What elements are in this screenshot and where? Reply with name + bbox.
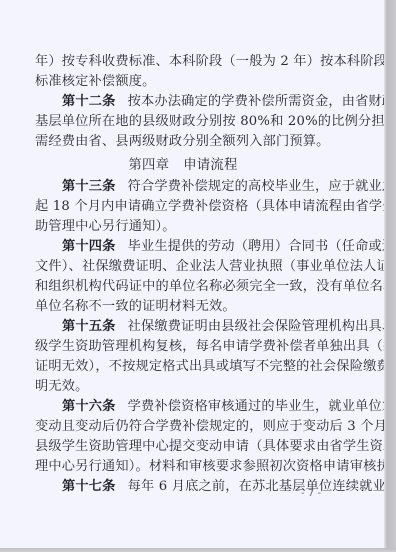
text-line: 基层单位所在地的县级财政分别按 80%和 20%的比例分担，所 [35, 112, 331, 132]
article-text: 学费补偿资格审核通过的毕业生，就业单位发生 [128, 399, 396, 414]
page-number: - 7 - [296, 488, 326, 499]
article-15: 第十五条社保缴费证明由县级社会保险管理机构出具、县 [35, 317, 331, 337]
text-line: 起 18 个月内申请确立学费补偿资格（具体申请流程由省学生资 [35, 197, 331, 217]
article-17: 第十七条每年 6 月底之前，在苏北基层单位连续就业期满 [35, 477, 331, 497]
text-line: 县级学生资助管理中心提交变动申请（具体要求由省学生资助管 [35, 437, 331, 457]
article-label: 第十六条 [62, 399, 116, 414]
article-label: 第十三条 [62, 179, 116, 194]
text-line: 理中心另行通知）。材料和审核要求参照初次资格申请审核执行。 [35, 457, 331, 477]
chapter-number: 第四章 [128, 158, 169, 173]
text-line: 级学生资助管理机构复核，每名申请学费补偿者单独出具（批量 [35, 337, 331, 357]
text-line: 单位名称不一致的证明材料无效。 [35, 297, 331, 317]
article-12: 第十二条按本办法确定的学费补偿所需资金，由省财政和 [35, 92, 331, 112]
article-label: 第十四条 [62, 239, 116, 254]
text-line: 明无效。 [35, 377, 331, 397]
article-text: 社保缴费证明由县级社会保险管理机构出具、县 [128, 319, 396, 334]
page-shadow-right [384, 0, 396, 552]
text-line: 年）按专科收费标准、本科阶段（一般为 2 年）按本科阶段收费 [35, 52, 331, 72]
text-line: 需经费由省、县两级财政分别全额列入部门预算。 [35, 132, 331, 152]
chapter-title: 申请流程 [183, 158, 237, 173]
text-line: 文件）、社保缴费证明、企业法人营业执照（事业单位法人证书） [35, 257, 331, 277]
article-text: 符合学费补偿规定的高校毕业生，应于就业之日 [128, 179, 396, 194]
chapter-heading: 第四章申请流程 [35, 154, 331, 177]
text-line: 助管理中心另行通知）。 [35, 217, 331, 237]
document-body: 年）按专科收费标准、本科阶段（一般为 2 年）按本科阶段收费 标准核定补偿额度。… [35, 52, 331, 497]
article-16: 第十六条学费补偿资格审核通过的毕业生，就业单位发生 [35, 397, 331, 417]
article-text: 每年 6 月底之前，在苏北基层单位连续就业期满 [128, 479, 396, 494]
article-14: 第十四条毕业生提供的劳动（聘用）合同书（任命或选派 [35, 237, 331, 257]
text-line: 证明无效），不按规定格式出具或填写不完整的社会保险缴费证 [35, 357, 331, 377]
text-line: 变动且变动后仍符合学费补偿规定的，则应于变动后 3 个月内向 [35, 417, 331, 437]
text-line: 和组织机构代码证中的单位名称必须完全一致，没有单位名称或 [35, 277, 331, 297]
document-page: 年）按专科收费标准、本科阶段（一般为 2 年）按本科阶段收费 标准核定补偿额度。… [0, 0, 384, 548]
article-label: 第十七条 [62, 479, 116, 494]
article-label: 第十二条 [62, 94, 116, 109]
article-label: 第十五条 [62, 319, 116, 334]
article-text: 按本办法确定的学费补偿所需资金，由省财政和 [128, 94, 396, 109]
page-shadow-bottom [0, 548, 396, 552]
article-13: 第十三条符合学费补偿规定的高校毕业生，应于就业之日 [35, 177, 331, 197]
text-line: 标准核定补偿额度。 [35, 72, 331, 92]
article-text: 毕业生提供的劳动（聘用）合同书（任命或选派 [128, 239, 396, 254]
